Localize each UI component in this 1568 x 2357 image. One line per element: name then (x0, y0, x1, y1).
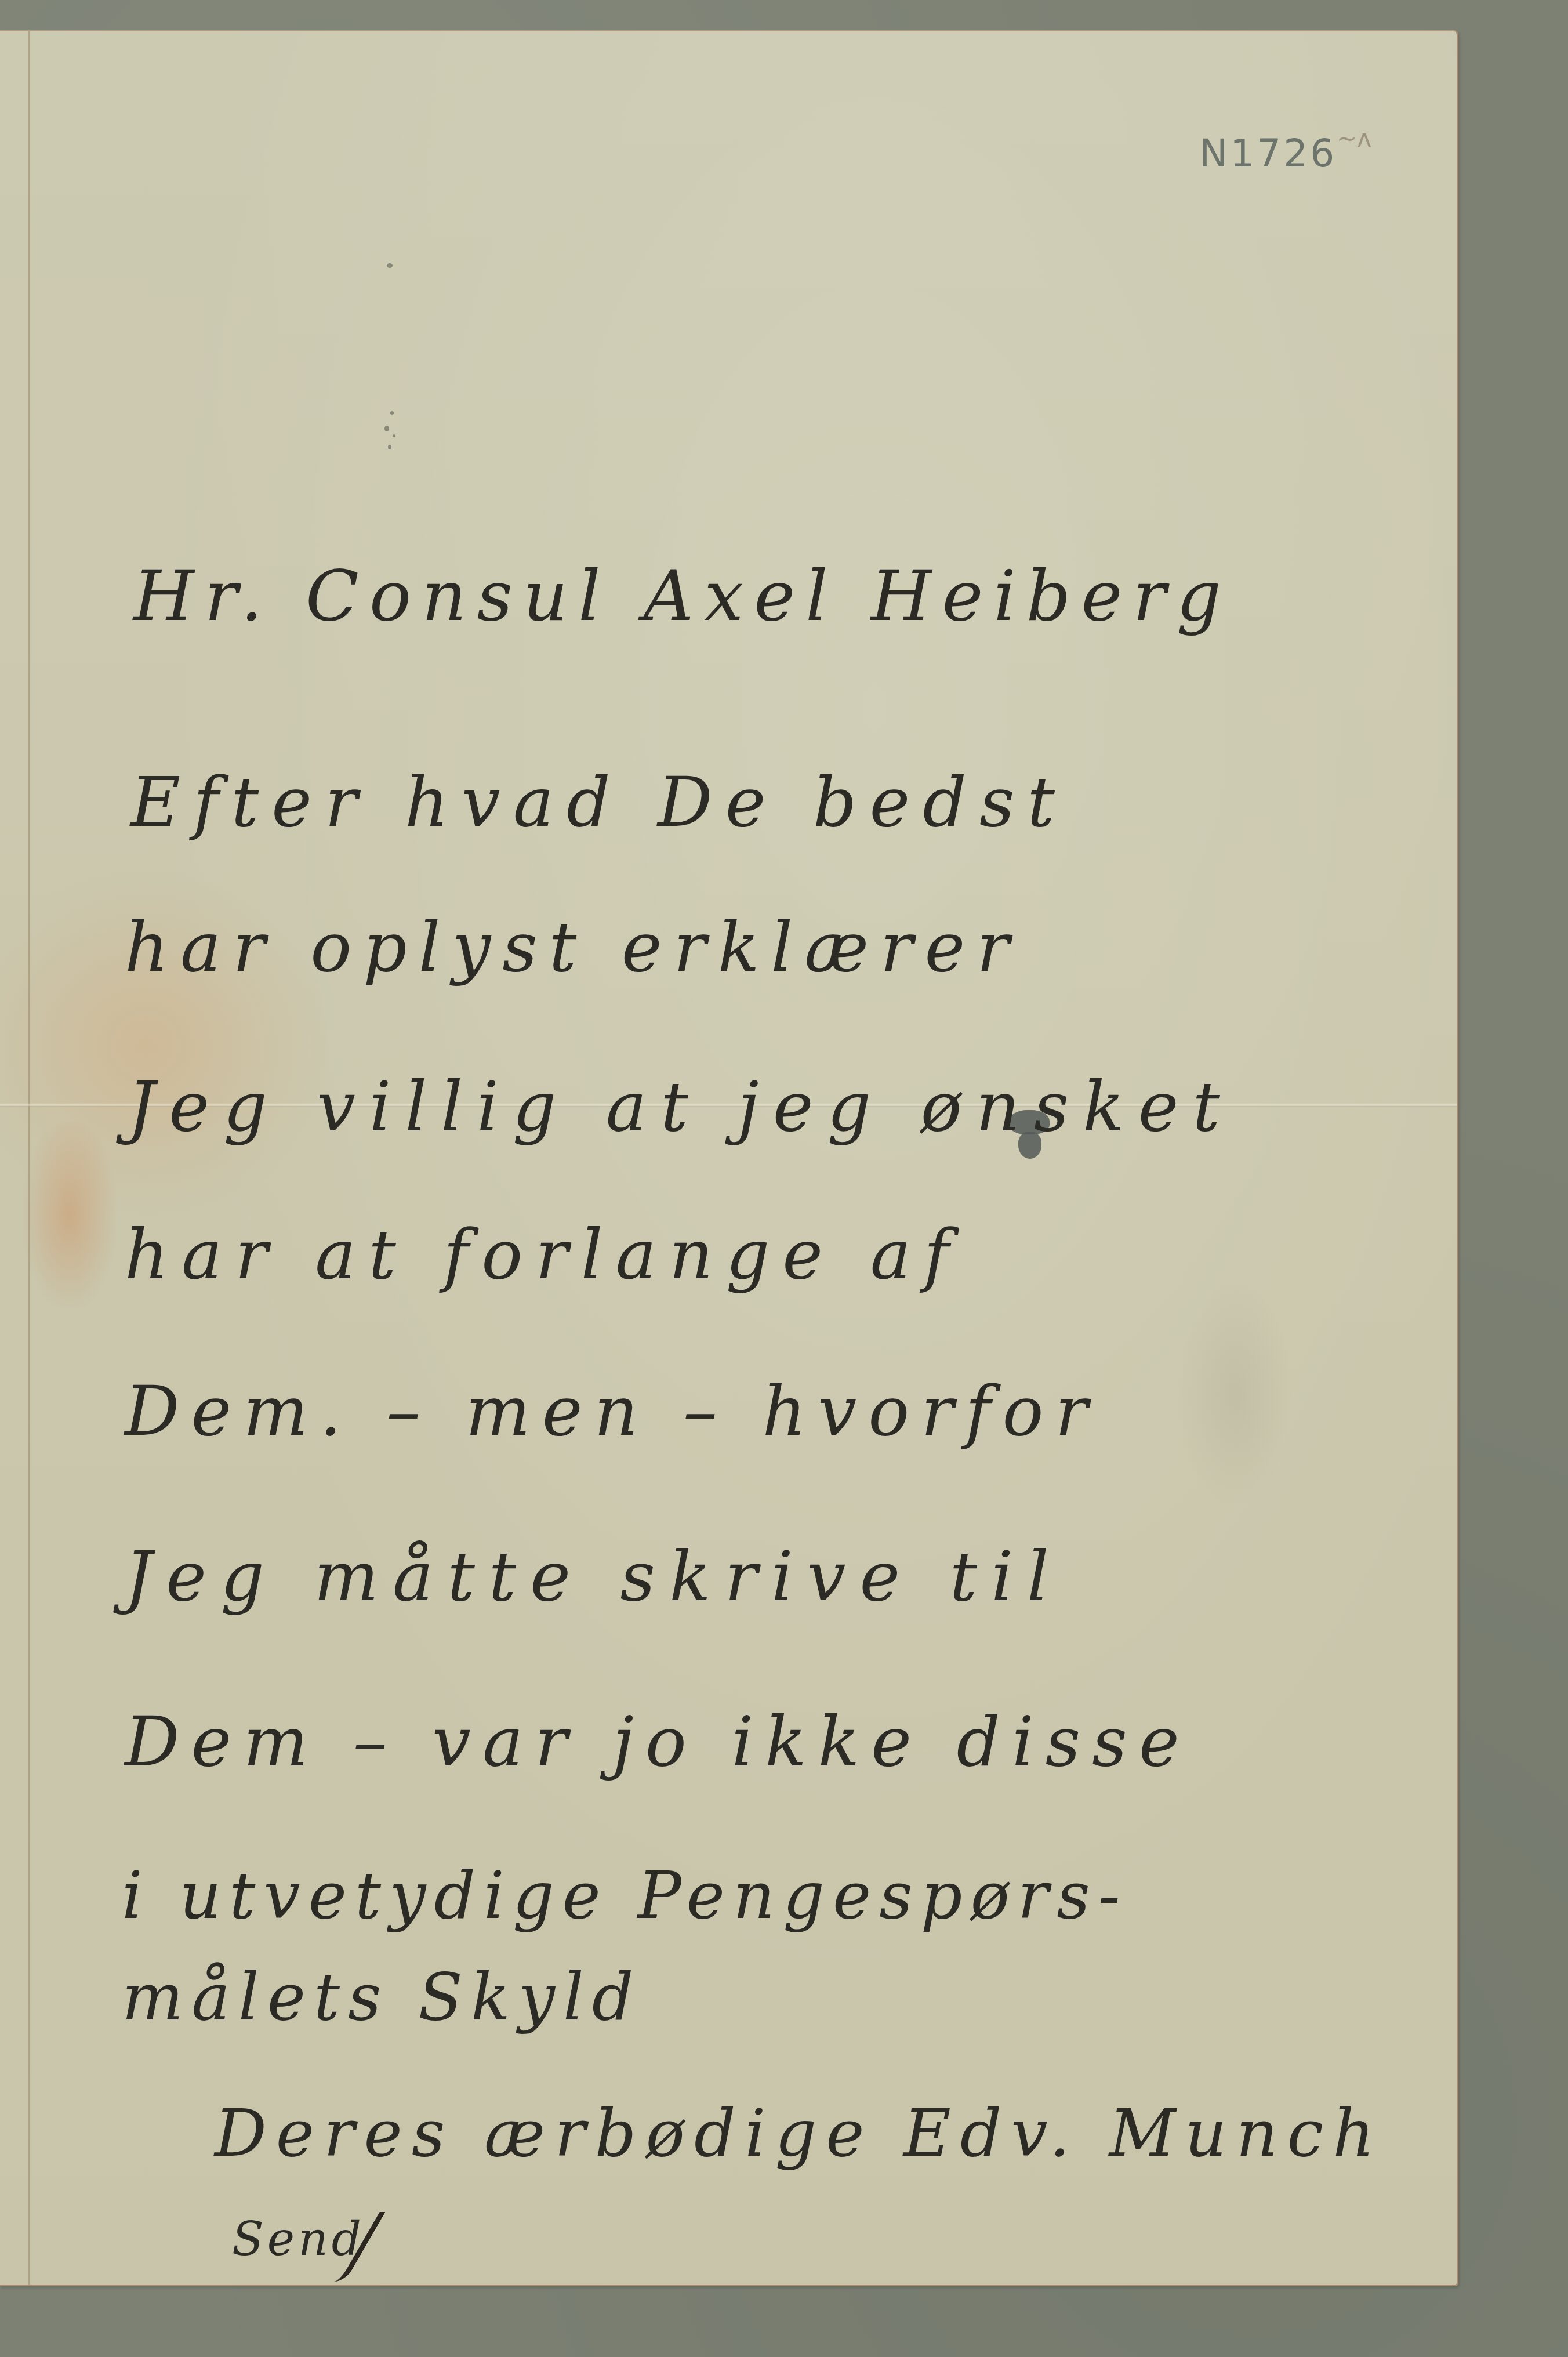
body-line-5: Dem. – men – hvorfor (125, 1371, 1099, 1451)
body-line-7: Dem – var jo ikke disse (125, 1702, 1191, 1782)
body-line-3: Jeg villig at jeg ønsket (128, 1067, 1234, 1147)
body-line-8: i utvetydige Pengespørs- (122, 1858, 1128, 1934)
body-line-6: Jeg måtte skrive til (125, 1536, 1063, 1616)
body-line-1: Efter hvad De bedst (130, 762, 1068, 842)
body-line-4: har at forlange af (125, 1214, 962, 1294)
body-line-9: målets Skyld (122, 1960, 642, 2035)
salutation: Hr. Consul Axel Heiberg (133, 556, 1232, 637)
letter-sheet: N1726 ~ʌ Hr. Consul Axel Heiberg Efter h… (0, 30, 1458, 2286)
closing-signature: Deres ærbødige Edv. Munch (215, 2096, 1384, 2171)
body-line-2: har oplyst erklærer (125, 907, 1021, 987)
letter-text: Hr. Consul Axel Heiberg Efter hvad De be… (0, 31, 1457, 2285)
